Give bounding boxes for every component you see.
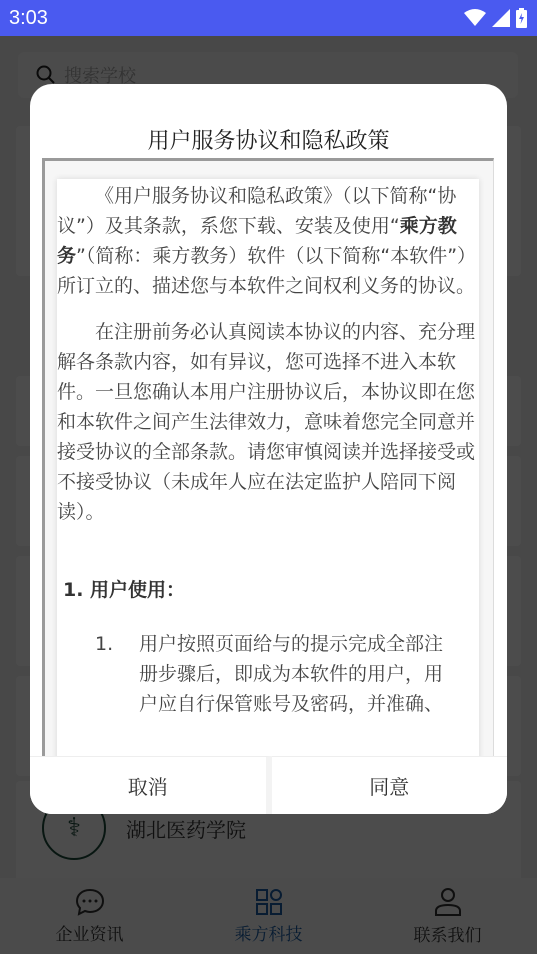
agreement-scroll-frame[interactable]: 《用户服务协议和隐私政策》（以下简称“协议”）及其条款，系您下载、安装及使用“乘… bbox=[42, 158, 494, 758]
agree-button[interactable]: 同意 bbox=[272, 756, 508, 814]
dialog-buttons: 取消 同意 bbox=[30, 756, 507, 814]
agreement-dialog: 用户服务协议和隐私政策 《用户服务协议和隐私政策》（以下简称“协议”）及其条款，… bbox=[30, 84, 507, 814]
agreement-paragraph-2: 在注册前务必认真阅读本协议的内容、充分理解各条款内容，如有异议，您可选择不进入本… bbox=[57, 317, 479, 527]
section-heading: 1. 用户使用： bbox=[63, 575, 479, 605]
paragraph-text: 《用户服务协议和隐私政策》（以下简称“协议”）及其条款，系您下载、安装及使用“ bbox=[57, 185, 456, 237]
cancel-button[interactable]: 取消 bbox=[30, 756, 272, 814]
paragraph-text: ”（简称：乘方教务）软件（以下简称“本软件”）所订立的、描述您与本软件之间权利义… bbox=[57, 245, 476, 297]
agreement-content[interactable]: 《用户服务协议和隐私政策》（以下简称“协议”）及其条款，系您下载、安装及使用“乘… bbox=[57, 179, 479, 769]
status-icons bbox=[464, 8, 527, 28]
status-bar: 3:03 bbox=[0, 0, 537, 36]
agreement-paragraph-1: 《用户服务协议和隐私政策》（以下简称“协议”）及其条款，系您下载、安装及使用“乘… bbox=[57, 181, 479, 301]
dialog-title: 用户服务协议和隐私政策 bbox=[30, 124, 507, 155]
list-text: 用户按照页面给与的提示完成全部注册步骤后，即成为本软件的用户，用户应自行保管账号… bbox=[139, 629, 459, 719]
cellular-signal-icon bbox=[492, 9, 510, 27]
section-list-item: 1. 用户按照页面给与的提示完成全部注册步骤后，即成为本软件的用户，用户应自行保… bbox=[57, 629, 479, 719]
list-number: 1. bbox=[57, 629, 139, 719]
screen: 3:03 搜索学校 ⚕ 湖北医药学院 企业资讯 bbox=[0, 0, 537, 954]
battery-charging-icon bbox=[516, 8, 527, 28]
status-time: 3:03 bbox=[9, 7, 48, 30]
wifi-icon bbox=[464, 9, 486, 27]
